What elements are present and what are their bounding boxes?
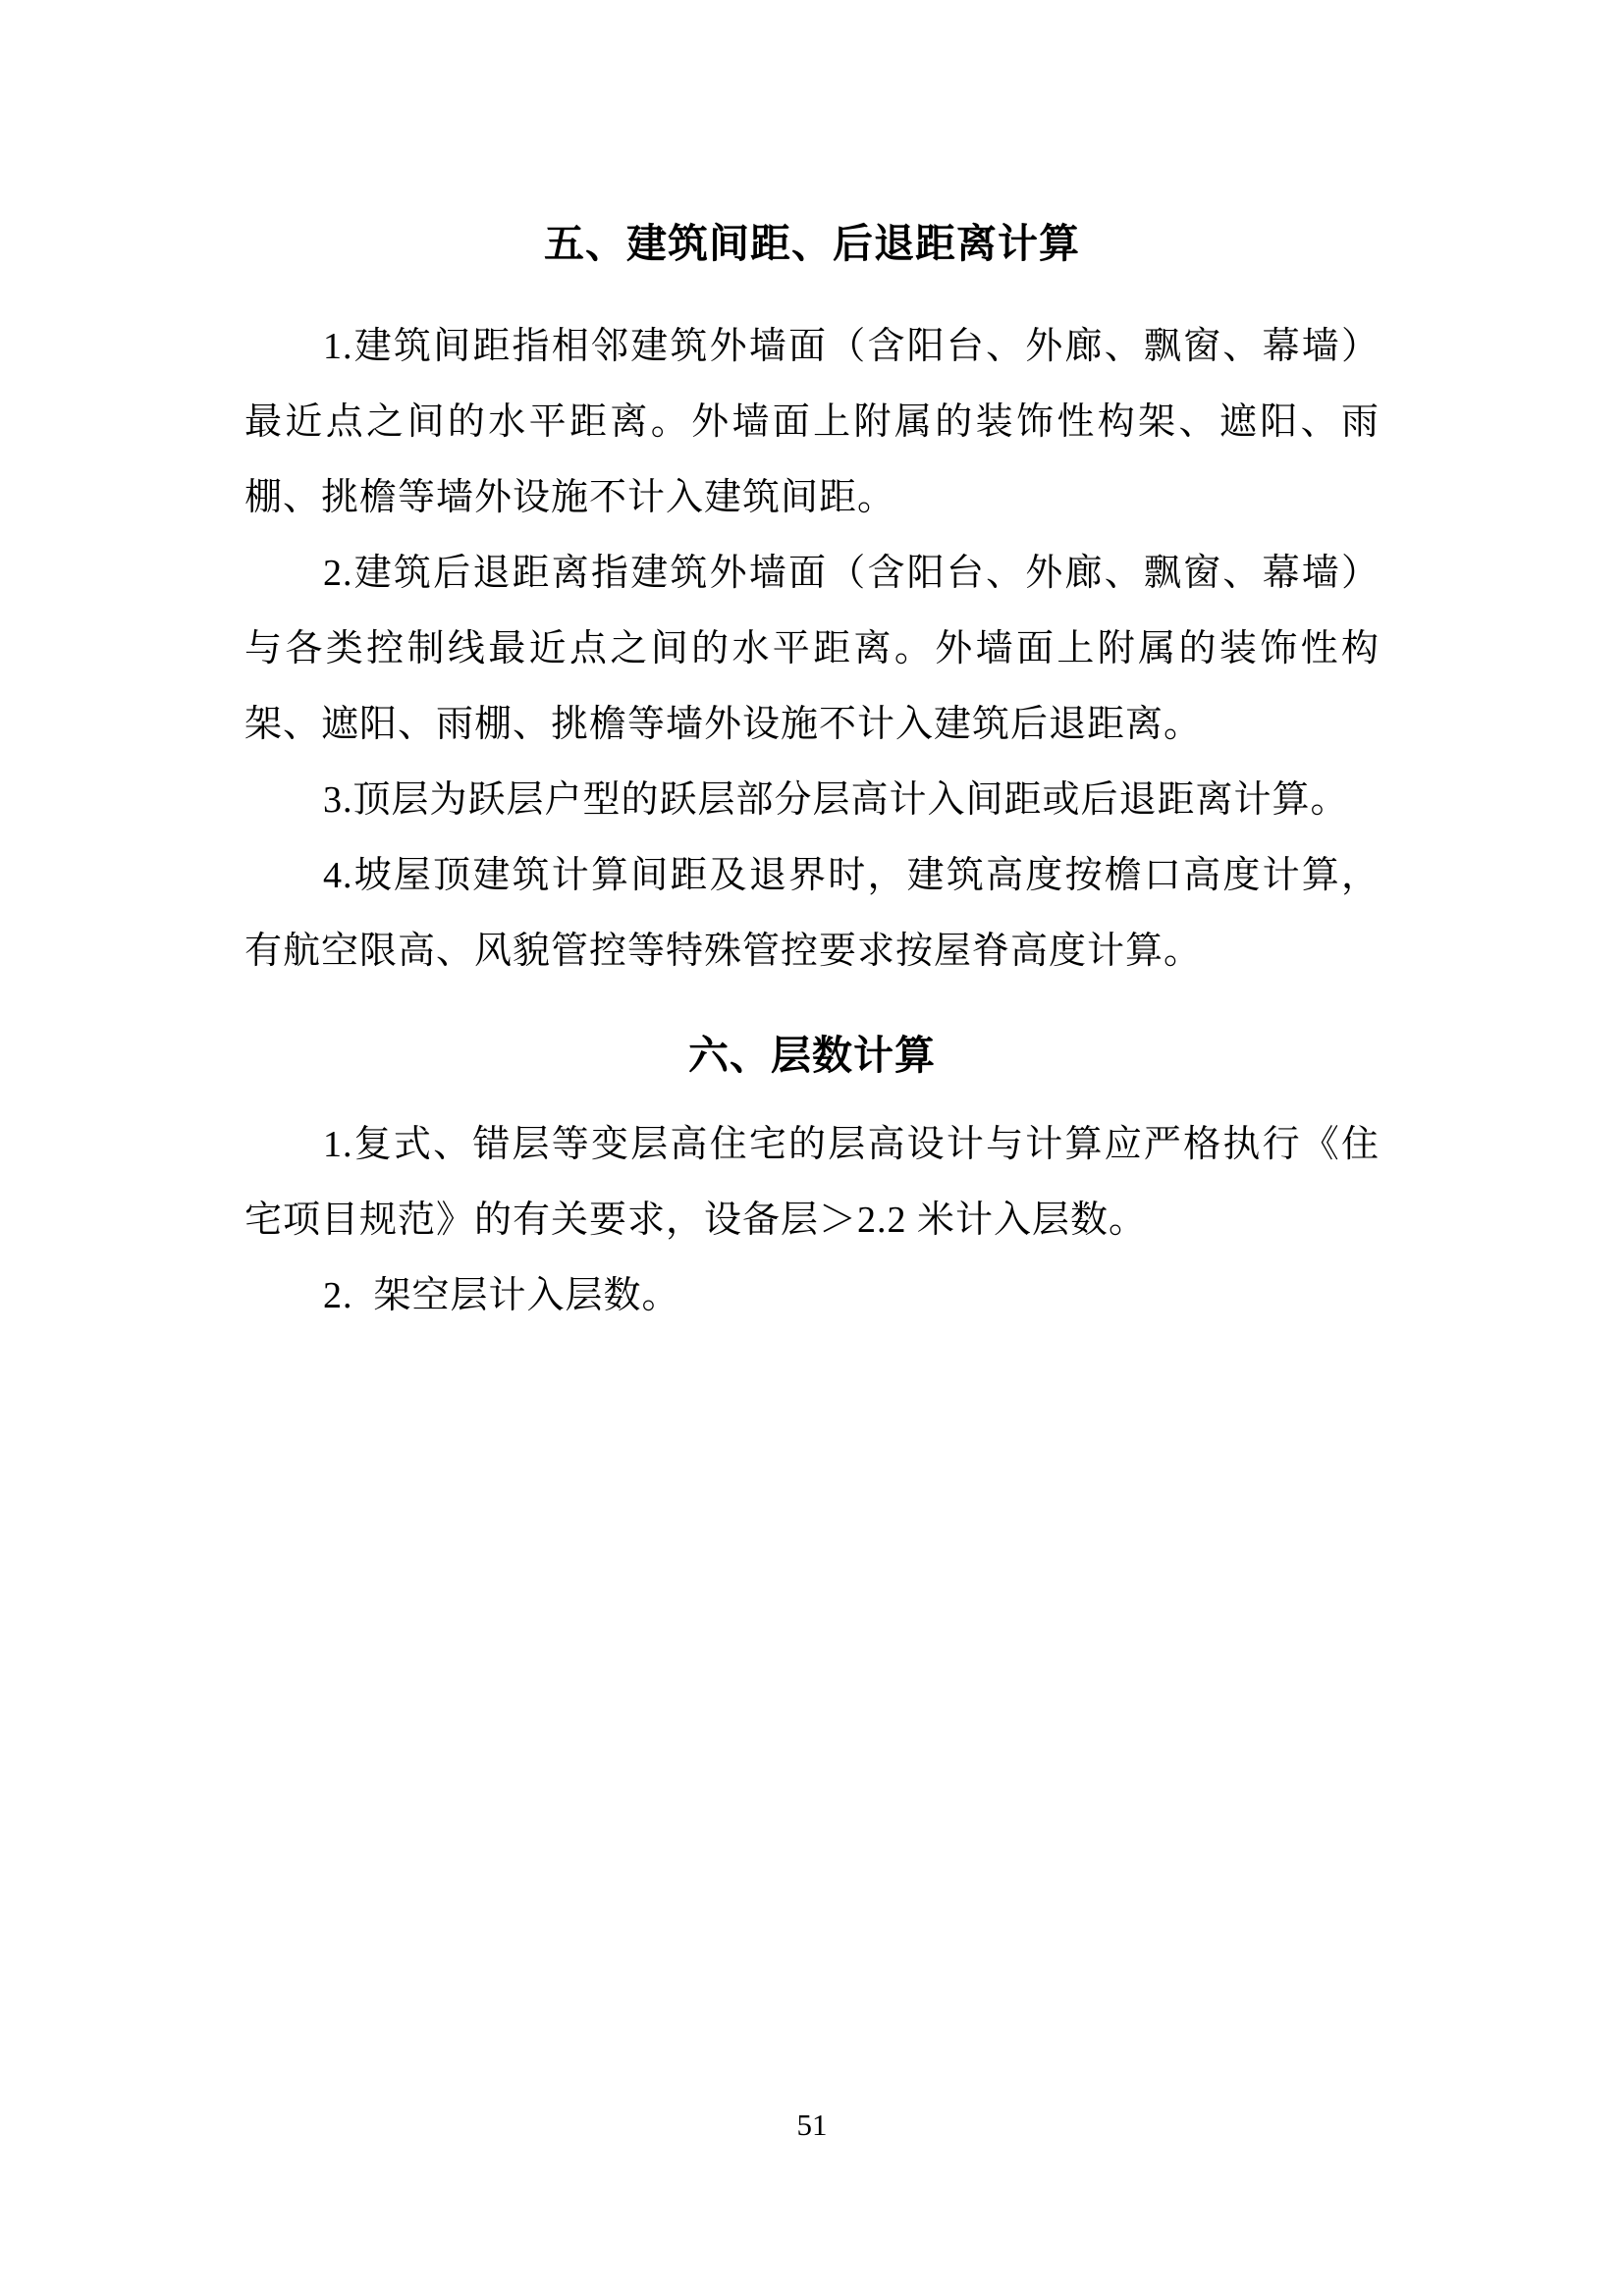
section-5-title: 五、建筑间距、后退距离计算	[244, 206, 1380, 282]
section-6-title: 六、层数计算	[244, 1018, 1380, 1094]
page-number: 51	[0, 2109, 1624, 2142]
section-6-paragraph-1: 1.复式、错层等变层高住宅的层高设计与计算应严格执行《住宅项目规范》的有关要求，…	[244, 1107, 1380, 1258]
document-page: 五、建筑间距、后退距离计算 1.建筑间距指相邻建筑外墙面（含阳台、外廊、飘窗、幕…	[0, 0, 1624, 2296]
section-6-paragraph-2: 2. 架空层计入层数。	[244, 1258, 1380, 1334]
section-5-paragraph-2: 2.建筑后退距离指建筑外墙面（含阳台、外廊、飘窗、幕墙）与各类控制线最近点之间的…	[244, 536, 1380, 763]
section-5-paragraph-4: 4.坡屋顶建筑计算间距及退界时，建筑高度按檐口高度计算，有航空限高、风貌管控等特…	[244, 838, 1380, 989]
section-5-paragraph-3: 3.顶层为跃层户型的跃层部分层高计入间距或后退距离计算。	[244, 763, 1380, 838]
section-5-paragraph-1: 1.建筑间距指相邻建筑外墙面（含阳台、外廊、飘窗、幕墙）最近点之间的水平距离。外…	[244, 309, 1380, 536]
page-content: 五、建筑间距、后退距离计算 1.建筑间距指相邻建筑外墙面（含阳台、外廊、飘窗、幕…	[244, 0, 1380, 1334]
